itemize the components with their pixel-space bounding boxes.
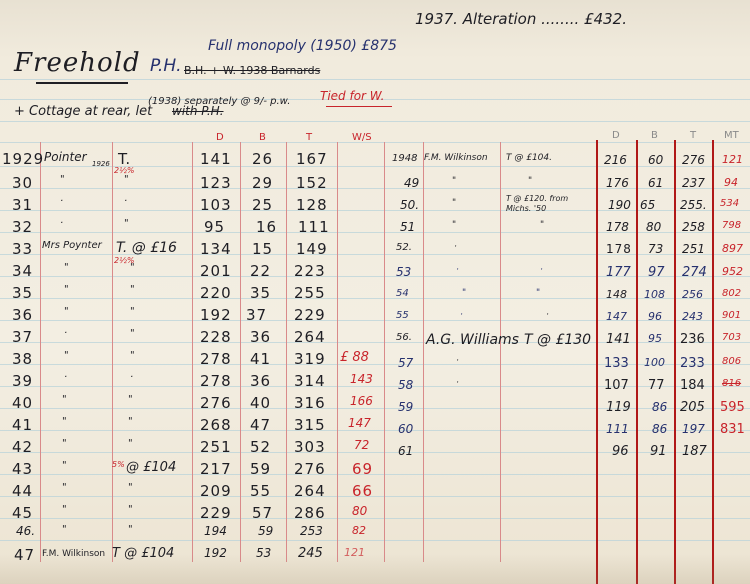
mt-cell: 897: [722, 242, 743, 255]
t-cell: 205: [680, 400, 705, 415]
table-row: 56. A.G. Williams T @ £130 141 95 236 70…: [0, 332, 750, 356]
t-cell: 243: [682, 310, 703, 323]
header-d-right: D: [612, 130, 620, 141]
ws-cell: 66: [352, 482, 373, 500]
header-t-right: T: [690, 130, 696, 141]
tenant-cell: ": [62, 482, 67, 493]
b-cell: 65: [640, 198, 655, 212]
tenant-cell: ·: [456, 265, 459, 275]
tenant-cell: ": [62, 504, 67, 515]
b-cell: 55: [250, 482, 271, 500]
d-cell: 133: [604, 356, 629, 371]
d-cell: 194: [204, 524, 227, 538]
table-row: 50. " T @ £120. from Michs. '50 190 65 2…: [0, 198, 750, 222]
b-cell: 57: [252, 504, 273, 522]
terms-cell: T @ £130: [524, 332, 591, 348]
table-row: 55 · · 147 96 243 901: [0, 310, 750, 334]
tenant-cell: ": [452, 220, 456, 230]
tenant-cell: ": [452, 176, 456, 186]
table-row: 49 " " 176 61 237 94: [0, 176, 750, 200]
d-cell: 147: [606, 310, 627, 323]
tenant-cell: ·: [456, 356, 459, 366]
mt-cell: 901: [722, 310, 741, 321]
year-cell: 58: [398, 378, 413, 392]
b-cell: 53: [256, 546, 271, 560]
ws-cell: 80: [352, 504, 367, 518]
terms-cell: ·: [540, 265, 543, 275]
table-row: 52. · 178 73 251 897: [0, 242, 750, 266]
header-mt-right: MT: [724, 130, 739, 141]
b-cell: 95: [648, 332, 662, 345]
terms-cell: ": [128, 482, 133, 493]
ledger-card: Freehold P.H. B.H. + W. 1938 Barnards Fu…: [0, 0, 750, 584]
year-cell: 53: [396, 265, 411, 279]
year-cell: 57: [398, 356, 413, 370]
ws-cell: 82: [352, 524, 366, 537]
year-cell: 61: [398, 444, 413, 458]
header-ws: W/S: [352, 132, 372, 143]
d-cell: 178: [606, 220, 629, 234]
terms-cell: ": [128, 524, 133, 535]
t-cell: 264: [294, 482, 326, 500]
table-row: 59 119 86 205 595: [0, 400, 750, 424]
b-cell: 86: [652, 400, 667, 414]
d-cell: 190: [608, 198, 631, 212]
mt-cell: 816: [722, 378, 741, 389]
d-cell: 178: [606, 242, 632, 256]
d-cell: 111: [606, 422, 629, 436]
table-row: 61 96 91 187: [0, 444, 750, 468]
d-cell: 177: [606, 265, 631, 280]
mt-cell: 952: [722, 265, 743, 278]
b-cell: 96: [648, 310, 662, 323]
ruled-line: [0, 79, 750, 80]
year-cell: 49: [404, 176, 419, 190]
mt-cell: 94: [724, 176, 738, 189]
ws-cell: 121: [344, 546, 365, 559]
b-cell: 91: [650, 444, 667, 459]
header-b: B: [259, 132, 266, 143]
terms-cell: ": [128, 504, 133, 515]
d-cell: 141: [606, 332, 631, 347]
b-cell: 100: [644, 356, 665, 369]
b-cell: 80: [646, 220, 661, 234]
table-row: 44 " " 209 55 264 66: [0, 482, 750, 506]
tenant-cell: F.M. Wilkinson: [42, 549, 105, 559]
b-cell: 60: [648, 153, 663, 167]
t-cell: 256: [682, 288, 703, 301]
mt-cell: 831: [720, 422, 745, 437]
ruled-line: [0, 121, 750, 122]
t-cell: 237: [682, 176, 705, 190]
terms-cell: T @ £104.: [506, 153, 552, 163]
year-cell: 44: [12, 482, 33, 500]
t-cell: 245: [298, 546, 323, 561]
t-cell: 274: [682, 265, 707, 280]
year-cell: 51: [400, 220, 415, 234]
mt-cell: 595: [720, 400, 745, 415]
separately-note: (1938) separately @ 9/- p.w.: [148, 96, 290, 107]
year-cell: 59: [398, 400, 413, 414]
terms-cell: T @ £104: [112, 546, 174, 561]
t-cell: 197: [682, 422, 705, 436]
year-cell: 54: [396, 288, 409, 299]
mt-cell: 121: [722, 153, 743, 166]
t-cell: 258: [682, 220, 705, 234]
year-cell: 45: [12, 504, 33, 522]
tenant-cell: ": [452, 198, 456, 208]
t-cell: 187: [682, 444, 707, 459]
tenant-cell: ·: [454, 242, 457, 252]
year-cell: 50.: [400, 198, 419, 212]
d-cell: 209: [200, 482, 232, 500]
d-cell: 119: [606, 400, 631, 415]
tenant-cell: A.G. Williams: [426, 332, 519, 348]
table-row: 57 · 133 100 233 806: [0, 356, 750, 380]
t-cell: 255.: [680, 198, 707, 212]
mt-cell: 802: [722, 288, 741, 299]
b-cell: 97: [648, 265, 665, 280]
header-t: T: [306, 132, 312, 143]
tenant-cell: ·: [460, 310, 463, 320]
terms-cell: ·: [546, 310, 549, 320]
d-cell: 107: [604, 378, 629, 393]
ph-label: P.H.: [150, 56, 182, 76]
b-cell: 86: [652, 422, 667, 436]
table-row: 47 F.M. Wilkinson T @ £104 192 53 245 12…: [0, 546, 750, 570]
d-cell: 176: [606, 176, 629, 190]
alteration-note: 1937. Alteration ........ £432.: [415, 10, 627, 28]
mt-cell: 806: [722, 356, 741, 367]
page-title: Freehold: [14, 48, 141, 78]
year-cell: 60: [398, 422, 413, 436]
tenant-cell: ·: [456, 378, 459, 388]
table-row: 1948 F.M. Wilkinson T @ £104. 216 60 276…: [0, 153, 750, 177]
table-row: 54 " " 148 108 256 802: [0, 288, 750, 312]
title-underline: [36, 82, 128, 84]
d-cell: 96: [612, 444, 629, 459]
d-cell: 229: [200, 504, 232, 522]
terms-cell: ": [540, 220, 544, 230]
mt-cell: 798: [722, 220, 741, 231]
tenant-cell: F.M. Wilkinson: [424, 153, 488, 163]
b-cell: 73: [648, 242, 663, 256]
d-cell: 216: [604, 153, 627, 167]
year-cell: 46.: [16, 524, 35, 538]
d-cell: 148: [606, 288, 627, 301]
tied-underline: [326, 106, 392, 107]
year-cell: 55: [396, 310, 409, 321]
t-cell: 184: [680, 378, 705, 393]
t-cell: 276: [682, 153, 705, 167]
year-cell: 56.: [396, 332, 412, 343]
t-cell: 253: [300, 524, 323, 538]
table-row: 46. " " 194 59 253 82: [0, 524, 750, 548]
header-b-right: B: [651, 130, 658, 141]
table-row: 53 · · 177 97 274 952: [0, 265, 750, 289]
cottage-note: + Cottage at rear, let: [14, 104, 152, 119]
b-cell: 108: [644, 288, 665, 301]
header-d: D: [216, 132, 224, 143]
monopoly-note: Full monopoly (1950) £875: [208, 38, 397, 54]
year-cell: 52.: [396, 242, 412, 253]
t-cell: 286: [294, 504, 326, 522]
table-row: 58 · 107 77 184 816: [0, 378, 750, 402]
mt-cell: 703: [722, 332, 741, 343]
year-cell: 1948: [392, 153, 417, 164]
year-cell: 47: [14, 546, 35, 564]
mt-cell: 534: [720, 198, 739, 209]
terms-cell: T @ £120. from Michs. '50: [506, 194, 590, 214]
t-cell: 251: [682, 242, 705, 256]
d-cell: 192: [204, 546, 227, 560]
b-cell: 61: [648, 176, 663, 190]
t-cell: 233: [680, 356, 705, 371]
tied-note: Tied for W.: [320, 89, 385, 103]
struck-note: B.H. + W. 1938 Barnards: [184, 64, 320, 77]
b-cell: 59: [258, 524, 273, 538]
t-cell: 236: [680, 332, 705, 347]
tenant-cell: ": [62, 524, 67, 535]
terms-cell: ": [528, 176, 532, 186]
tenant-cell: ": [462, 288, 466, 298]
b-cell: 77: [648, 378, 665, 393]
table-row: 60 111 86 197 831: [0, 422, 750, 446]
terms-cell: ": [536, 288, 540, 298]
table-row: 51 " " 178 80 258 798: [0, 220, 750, 244]
